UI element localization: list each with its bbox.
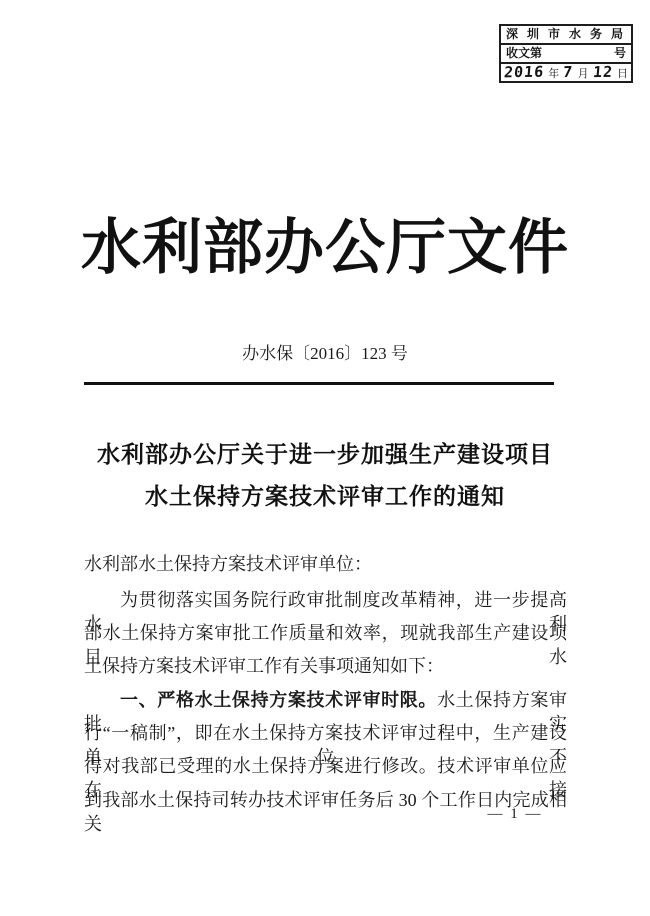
stamp-receipt-prefix: 收文第 bbox=[506, 45, 542, 62]
stamp-receipt-row: 收文第 号 bbox=[501, 45, 631, 64]
section-1-heading: 一、严格水土保持方案技术评审时限。 bbox=[120, 690, 437, 710]
masthead-divider-rule bbox=[84, 382, 554, 385]
body-line: 土保持方案技术评审工作有关事项通知如下： bbox=[84, 654, 567, 678]
stamp-year-label: 年 bbox=[548, 66, 559, 81]
document-page: 深圳市水务局 收文第 号 2016 年 7 月 12 日 水利部办公厅文件 办水… bbox=[0, 0, 650, 916]
stamp-date-row: 2016 年 7 月 12 日 bbox=[501, 64, 631, 81]
stamp-day-handwritten: 12 bbox=[592, 64, 614, 81]
stamp-month-handwritten: 7 bbox=[563, 64, 575, 81]
stamp-org-name: 深圳市水务局 bbox=[501, 26, 631, 45]
body-salutation: 水利部水土保持方案技术评审单位： bbox=[84, 552, 567, 576]
body-line-section-1: 一、严格水土保持方案技术评审时限。水土保持方案审批实 bbox=[84, 688, 567, 712]
body-line: 得对我部已受理的水土保持方案进行修改。技术评审单位应在接 bbox=[84, 754, 567, 778]
document-masthead-title: 水利部办公厅文件 bbox=[0, 212, 650, 284]
page-number: — 1 — bbox=[470, 806, 560, 823]
notice-title: 水利部办公厅关于进一步加强生产建设项目 水土保持方案技术评审工作的通知 bbox=[0, 433, 650, 517]
stamp-month-label: 月 bbox=[578, 66, 589, 81]
body-line: 部水土保持方案审批工作质量和效率，现就我部生产建设项目水 bbox=[84, 621, 567, 645]
stamp-receipt-suffix: 号 bbox=[614, 45, 626, 62]
body-line: 行“一稿制”，即在水土保持方案技术评审过程中，生产建设单位不 bbox=[84, 721, 567, 745]
received-stamp: 深圳市水务局 收文第 号 2016 年 7 月 12 日 bbox=[499, 24, 633, 83]
notice-title-line2: 水土保持方案技术评审工作的通知 bbox=[0, 475, 650, 517]
document-number: 办水保〔2016〕123 号 bbox=[0, 339, 650, 364]
body-line: 为贯彻落实国务院行政审批制度改革精神，进一步提高水利 bbox=[84, 588, 567, 612]
stamp-day-label: 日 bbox=[617, 66, 628, 81]
stamp-year-handwritten: 2016 bbox=[503, 64, 545, 81]
notice-title-line1: 水利部办公厅关于进一步加强生产建设项目 bbox=[0, 433, 650, 475]
